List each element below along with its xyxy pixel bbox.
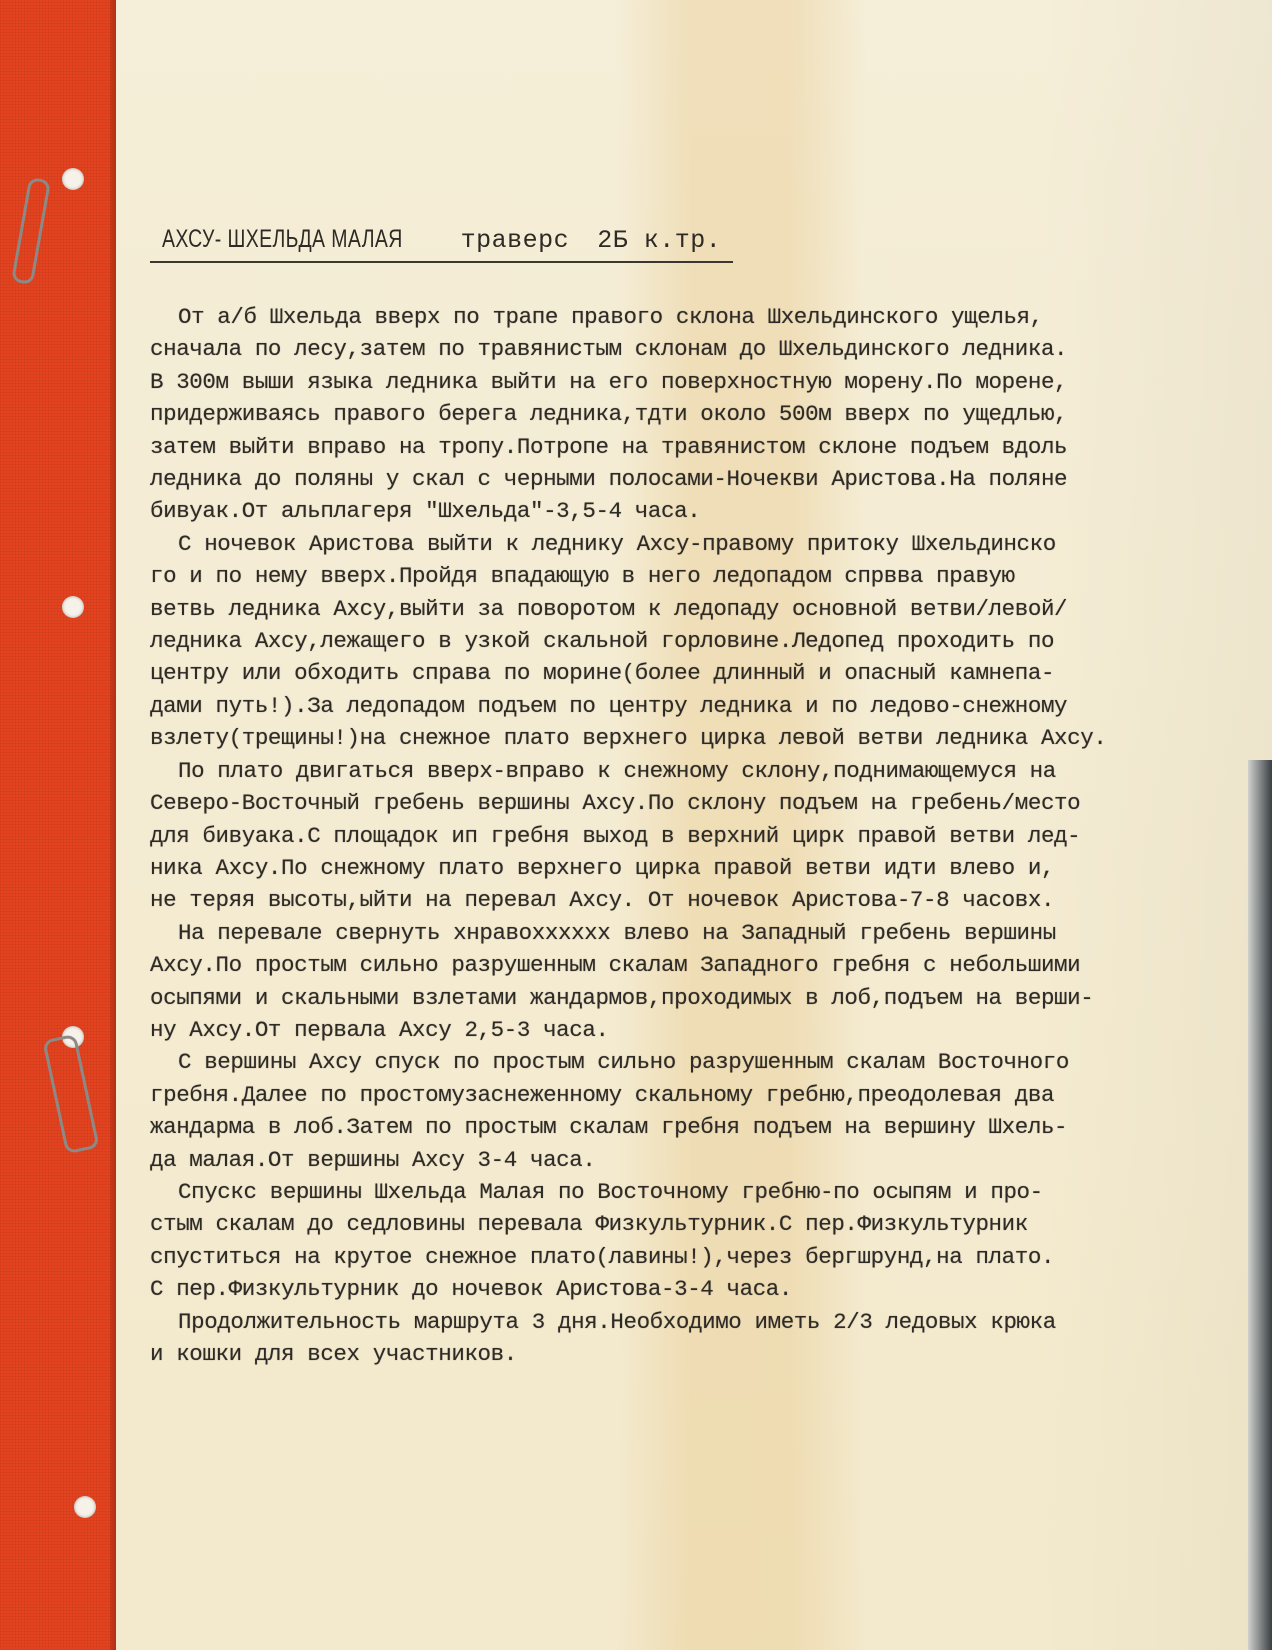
text-line: ника Ахсу.По снежному плато верхнего цир…	[150, 852, 1230, 884]
text-line: стым скалам до седловины перевала Физкул…	[150, 1208, 1230, 1240]
text-line: бивуак.От альплагеря "Шхельда"-3,5-4 час…	[150, 495, 1230, 527]
text-line: дами путь!).За ледопадом подъем по центр…	[150, 690, 1230, 722]
text-line: сначала по лесу,затем по травянистым скл…	[150, 333, 1230, 365]
text-line: С вершины Ахсу спуск по простым сильно р…	[150, 1046, 1230, 1078]
text-line: го и по нему вверх.Пройдя впадающую в не…	[150, 560, 1230, 592]
text-line: С ночевок Аристова выйти к леднику Ахсу-…	[150, 528, 1230, 560]
punch-hole	[74, 1496, 96, 1518]
text-line: Северо-Восточный гребень вершины Ахсу.По…	[150, 787, 1230, 819]
text-line: ну Ахсу.От первала Ахсу 2,5-3 часа.	[150, 1014, 1230, 1046]
text-line: не теряя высоты,ыйти на перевал Ахсу. От…	[150, 884, 1230, 916]
text-line: Продолжительность маршрута 3 дня.Необход…	[150, 1306, 1230, 1338]
text-line: Ахсу.По простым сильно разрушенным скала…	[150, 949, 1230, 981]
text-line: гребня.Далее по простомузаснеженному ска…	[150, 1079, 1230, 1111]
text-line: спуститься на крутое снежное плато(лавин…	[150, 1241, 1230, 1273]
text-line: ледника до поляны у скал с черными полос…	[150, 463, 1230, 495]
text-line: и кошки для всех участников.	[150, 1338, 1230, 1370]
punch-hole	[62, 596, 84, 618]
text-line: затем выйти вправо на тропу.Потропе на т…	[150, 431, 1230, 463]
text-line: В 300м выши языка ледника выйти на его п…	[150, 366, 1230, 398]
text-line: да малая.От вершины Ахсу 3-4 часа.	[150, 1144, 1230, 1176]
text-line: ледника Ахсу,лежащего в узкой скальной г…	[150, 625, 1230, 657]
text-line: осыпями и скальными взлетами жандармов,п…	[150, 982, 1230, 1014]
text-line: Спускс вершины Шхельда Малая по Восточно…	[150, 1176, 1230, 1208]
adjacent-page-edge	[1248, 760, 1272, 1650]
route-type: траверс	[461, 226, 570, 255]
text-line: По плато двигаться вверх-вправо к снежно…	[150, 755, 1230, 787]
route-description: От а/б Шхельда вверх по трапе правого ск…	[150, 301, 1230, 1370]
text-line: центру или обходить справа по морине(бол…	[150, 657, 1230, 689]
text-line: ветвь ледника Ахсу,выйти за поворотом к …	[150, 593, 1230, 625]
document-title: АХСУ- ШХЕЛЬДА МАЛАЯтраверс2Б к.тр.	[150, 225, 733, 263]
document-body: АХСУ- ШХЕЛЬДА МАЛАЯтраверс2Б к.тр. От а/…	[150, 225, 1230, 1370]
text-line: С пер.Физкультурник до ночевок Аристова-…	[150, 1273, 1230, 1305]
punch-hole	[62, 168, 84, 190]
text-line: жандарма в лоб.Затем по простым скалам г…	[150, 1111, 1230, 1143]
route-name: АХСУ- ШХЕЛЬДА МАЛАЯ	[162, 225, 403, 254]
text-line: взлету(трещины!)на снежное плато верхнег…	[150, 722, 1230, 754]
text-line: От а/б Шхельда вверх по трапе правого ск…	[150, 301, 1230, 333]
text-line: для бивуака.С площадок ип гребня выход в…	[150, 820, 1230, 852]
text-line: На перевале свернуть хнравохххххх влево …	[150, 917, 1230, 949]
text-line: придерживаясь правого берега ледника,тдт…	[150, 398, 1230, 430]
route-grade: 2Б к.тр.	[597, 226, 721, 255]
